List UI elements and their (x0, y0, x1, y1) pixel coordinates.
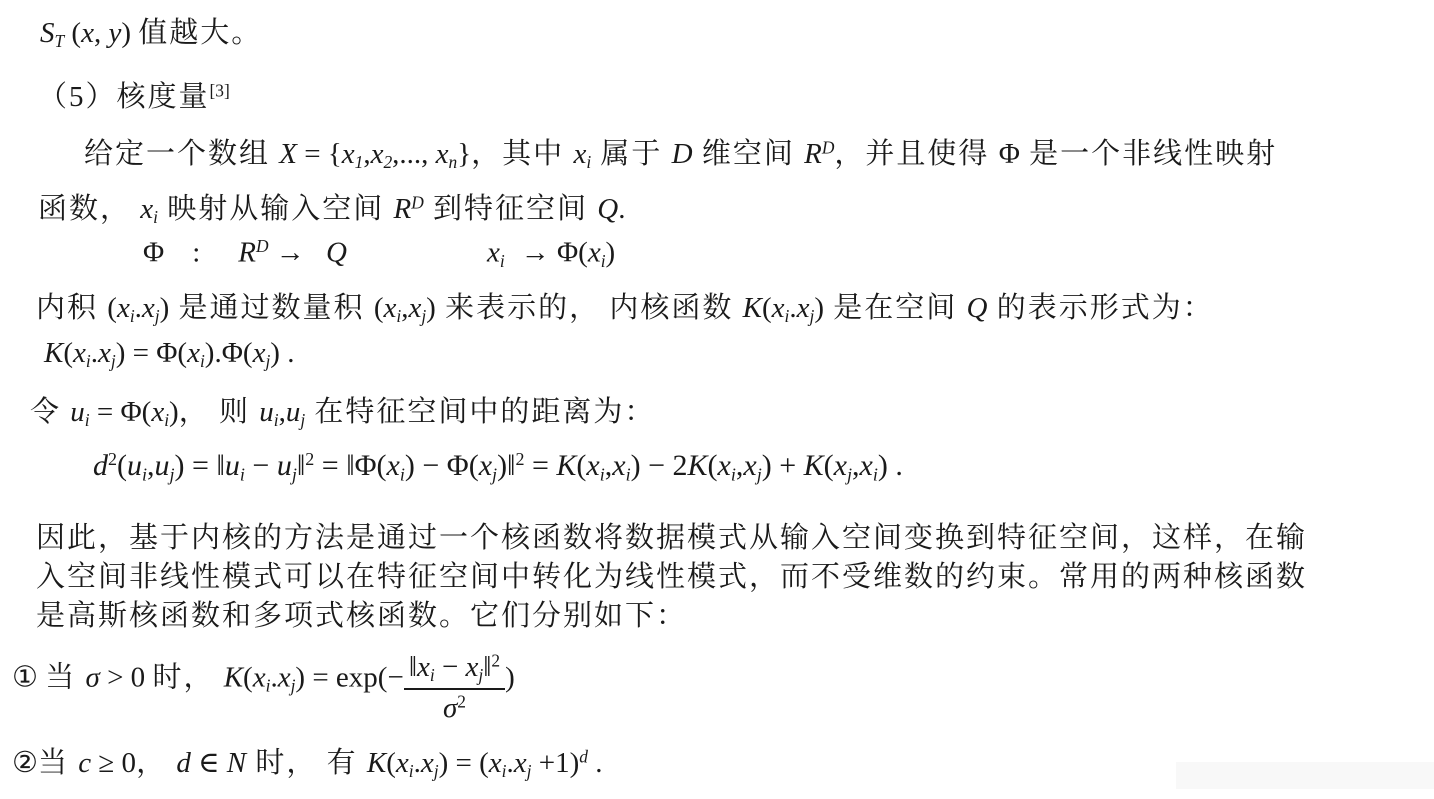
text-segment: . (507, 747, 514, 779)
text-segment: 函数， (38, 193, 140, 225)
text-segment: ) (606, 237, 616, 269)
text-segment: = { (297, 138, 342, 170)
text-segment: x (81, 17, 94, 49)
text-segment: ② (12, 747, 38, 779)
text-segment: x (140, 193, 153, 225)
text-segment: . (91, 337, 98, 369)
text-segment: 属于 (591, 138, 672, 170)
text-segment: x (573, 138, 586, 170)
text-segment: D (672, 138, 693, 170)
text-segment: 是一个非线性映射 (1020, 138, 1277, 170)
text-segment: 在特征空间中的距离为： (305, 396, 655, 428)
text-segment: y (108, 17, 121, 49)
text-segment: ( (64, 17, 81, 49)
text-segment: D (822, 137, 835, 157)
text-segment: x (98, 337, 111, 369)
text-segment: ( (63, 337, 73, 369)
text-segment: x (151, 396, 164, 428)
text-segment: ， 则 (179, 396, 260, 428)
text-segment: x (612, 449, 625, 482)
text-segment: . (414, 747, 421, 779)
text-segment: 2 (491, 650, 500, 670)
text-segment: x (797, 292, 810, 324)
text-segment: x (487, 237, 500, 269)
text-segment: x (417, 651, 430, 683)
text-segment: − (435, 651, 466, 683)
text-segment: . (588, 747, 603, 779)
text-segment: ) . (270, 337, 294, 369)
text-segment: u (277, 449, 292, 482)
text-segment: 2 (108, 449, 117, 469)
text-segment: , (279, 396, 286, 428)
text-segment: Φ (999, 138, 1020, 170)
watermark-remnant (1176, 762, 1434, 789)
phi-mapping-formula: Φ:RD → Qxi→ Φ(xi) (143, 236, 615, 272)
text-segment: x (834, 449, 847, 482)
text-segment: 2 (457, 691, 466, 711)
text-segment: x (718, 449, 731, 482)
text-segment: ‖ (216, 449, 224, 482)
text-segment: x (278, 661, 291, 693)
text-segment: 当 (45, 661, 85, 693)
text-segment: − (245, 449, 277, 482)
text-segment: K (743, 292, 762, 324)
text-segment: d (93, 449, 108, 482)
text-segment: K (44, 337, 63, 369)
text-segment: 是高斯核函数和多项式核函数。它们分别如下： (36, 600, 687, 632)
distance-intro-line: 令 ui = Φ(xi)， 则 ui,uj 在特征空间中的距离为： (30, 389, 655, 431)
text-segment: x (466, 651, 479, 683)
text-segment: ≥ 0 (91, 747, 136, 779)
text-segment: 令 (30, 396, 70, 428)
text-segment: 值越大。 (138, 17, 262, 49)
text-segment: ) = (175, 449, 217, 482)
text-segment: ) (160, 292, 170, 324)
text-segment: ) − 2 (631, 449, 688, 482)
text-segment: u (155, 449, 170, 482)
text-segment: , (363, 138, 370, 170)
text-segment: ，并且使得 (834, 138, 998, 170)
text-segment: 到特征空间 (424, 193, 598, 225)
text-segment: ) (505, 661, 515, 693)
kernel-definition-formula: K(xi.xj) = Φ(xi).Φ(xj) . (44, 337, 294, 372)
text-segment: D (256, 236, 269, 256)
text-segment: } (457, 138, 471, 170)
text-segment: ( (576, 449, 586, 482)
paragraph-kernel-method-line1: 因此，基于内核的方法是通过一个核函数将数据模式从输入空间变换到特征空间，这样，在… (36, 515, 1307, 556)
text-segment: 当 (38, 747, 78, 779)
text-segment: x (408, 292, 421, 324)
text-segment: R (238, 237, 256, 269)
text-segment: 2 (305, 449, 314, 469)
text-segment: d (176, 747, 191, 779)
text-segment: c (78, 747, 91, 779)
text-segment: ( (243, 661, 253, 693)
text-segment: 的表示形式为： (987, 292, 1213, 324)
text-segment: x (743, 449, 756, 482)
text-segment: , (147, 449, 155, 482)
text-segment: , (94, 17, 109, 49)
text-segment: x (117, 292, 130, 324)
text-segment: x (187, 337, 200, 369)
text-segment: : (192, 237, 200, 269)
text-segment: ( (708, 449, 718, 482)
text-segment: K (224, 661, 243, 693)
text-segment: x (436, 138, 449, 170)
text-segment: ，其中 (471, 138, 573, 170)
text-segment: S (40, 17, 55, 49)
text-segment: K (367, 747, 386, 779)
text-segment: Q (326, 237, 347, 269)
text-segment: Q (597, 193, 618, 225)
text-segment: ).Φ( (205, 337, 253, 369)
inner-product-line: 内积 (xi.xj) 是通过数量积 (xi,xj) 来表示的， 内核函数 K(x… (36, 285, 1214, 327)
text-segment: = (524, 449, 556, 482)
text-segment: . (789, 292, 796, 324)
text-segment: ) + (762, 449, 804, 482)
text-segment: ( (117, 449, 127, 482)
text-segment: x (588, 237, 601, 269)
text-segment: ) = ( (439, 747, 489, 779)
text-segment: T (55, 31, 65, 51)
text-segment: . (270, 661, 277, 693)
text-segment: ) − Φ( (405, 449, 479, 482)
text-segment: x (421, 747, 434, 779)
text-segment: ∈ (191, 747, 227, 779)
text-segment: x (772, 292, 785, 324)
text-segment: x (73, 337, 86, 369)
paragraph-kernel-method-line3: 是高斯核函数和多项式核函数。它们分别如下： (36, 593, 687, 634)
paragraph-given-array-line2: 函数， xi 映射从输入空间 RD 到特征空间 Q. (38, 186, 626, 228)
text-segment: 是在空间 (824, 292, 967, 324)
text-segment: R (804, 138, 822, 170)
text-segment: u (286, 396, 301, 428)
text-segment: , (852, 449, 860, 482)
text-segment: 维空间 (693, 138, 805, 170)
text-segment: x (371, 138, 384, 170)
text-segment: ) . (878, 449, 903, 482)
text-segment: = Φ( (90, 396, 152, 428)
text-segment: [3] (210, 80, 230, 100)
paragraph-kernel-method-line2: 入空间非线性模式可以在特征空间中转化为线性模式，而不受维数的约束。常用的两种核函… (36, 554, 1307, 595)
text-segment: x (586, 449, 599, 482)
text-segment: x (489, 747, 502, 779)
text-segment: d (579, 746, 588, 766)
text-segment: σ (86, 661, 100, 693)
text-segment: )‖ (497, 449, 515, 482)
text-segment: 时， 有 (246, 747, 367, 779)
text-line-st-value-statement: ST (x, y) 值越大。 (40, 10, 262, 52)
text-segment: u (225, 449, 240, 482)
text-segment: ) (169, 396, 179, 428)
text-segment: （5）核度量 (38, 81, 210, 113)
text-segment: ( (107, 292, 117, 324)
text-segment: u (70, 396, 85, 428)
document-page: ST (x, y) 值越大。 （5）核度量[3] 给定一个数组 X = {x1,… (0, 0, 1434, 799)
polynomial-kernel-formula: ②当 c ≥ 0， d ∈ N 时， 有 K(xi.xj) = (xi.xj +… (12, 740, 602, 782)
text-segment: . (618, 193, 625, 225)
text-segment: 内积 (36, 292, 107, 324)
text-segment: 因此，基于内核的方法是通过一个核函数将数据模式从输入空间变换到特征空间，这样，在… (36, 522, 1307, 554)
text-segment: 时， (152, 661, 223, 693)
distance-formula: d2(ui,uj) = ‖ui − uj‖2 = ‖Φ(xi) − Φ(xj)‖… (93, 449, 903, 485)
text-segment: x (479, 449, 492, 482)
text-segment: 来表示的， 内核函数 (436, 292, 743, 324)
text-segment: ) (814, 292, 824, 324)
text-segment: x (396, 747, 409, 779)
text-segment: N (227, 747, 246, 779)
gaussian-kernel-formula: ① 当 σ > 0 时， K(xi.xj) = exp(−‖xi − xj‖2σ… (12, 650, 515, 725)
text-segment: i (500, 251, 505, 271)
text-segment: n (449, 152, 458, 172)
text-segment: x (342, 138, 355, 170)
text-segment: Q (967, 292, 988, 324)
section-heading-kernel-measure: （5）核度量[3] (38, 74, 230, 115)
text-segment: ,..., (392, 138, 436, 170)
text-segment: x (514, 747, 527, 779)
text-segment: K (804, 449, 824, 482)
text-segment: ) = Φ( (116, 337, 187, 369)
text-segment: x (142, 292, 155, 324)
text-segment: ‖ (409, 651, 417, 683)
text-segment: ， (136, 747, 176, 779)
text-segment: = ‖Φ( (314, 449, 386, 482)
text-segment: ) = exp(− (295, 661, 403, 693)
text-segment: 入空间非线性模式可以在特征空间中转化为线性模式，而不受维数的约束。常用的两种核函… (36, 561, 1307, 593)
text-segment: ) (121, 17, 138, 49)
paragraph-given-array-line1: 给定一个数组 X = {x1,x2,..., xn}，其中 xi 属于 D 维空… (84, 131, 1277, 173)
text-segment: D (411, 192, 424, 212)
text-segment: Φ (143, 237, 164, 269)
text-segment: X (279, 138, 297, 170)
text-segment: x (383, 292, 396, 324)
text-segment: 2 (383, 152, 392, 172)
text-segment: K (556, 449, 576, 482)
text-segment: → Φ( (521, 237, 588, 269)
text-segment: ( (762, 292, 772, 324)
text-segment: ( (824, 449, 834, 482)
text-segment: > 0 (100, 661, 153, 693)
text-segment: R (394, 193, 412, 225)
text-segment: ) (426, 292, 436, 324)
text-segment: ① (12, 661, 45, 693)
text-segment: x (253, 661, 266, 693)
text-segment: K (688, 449, 708, 482)
text-segment: u (127, 449, 142, 482)
text-segment: x (253, 337, 266, 369)
text-segment: u (259, 396, 274, 428)
text-segment: σ (443, 692, 457, 724)
text-segment: +1) (531, 747, 579, 779)
text-segment: x (387, 449, 400, 482)
fraction: ‖xi − xj‖2σ2 (404, 650, 505, 725)
text-segment: 映射从输入空间 (158, 193, 394, 225)
text-segment: 给定一个数组 (84, 138, 279, 170)
text-segment: . (135, 292, 142, 324)
text-segment: → (269, 237, 313, 269)
text-segment: ( (386, 747, 396, 779)
text-segment: x (860, 449, 873, 482)
text-segment: 是通过数量积 (169, 292, 374, 324)
